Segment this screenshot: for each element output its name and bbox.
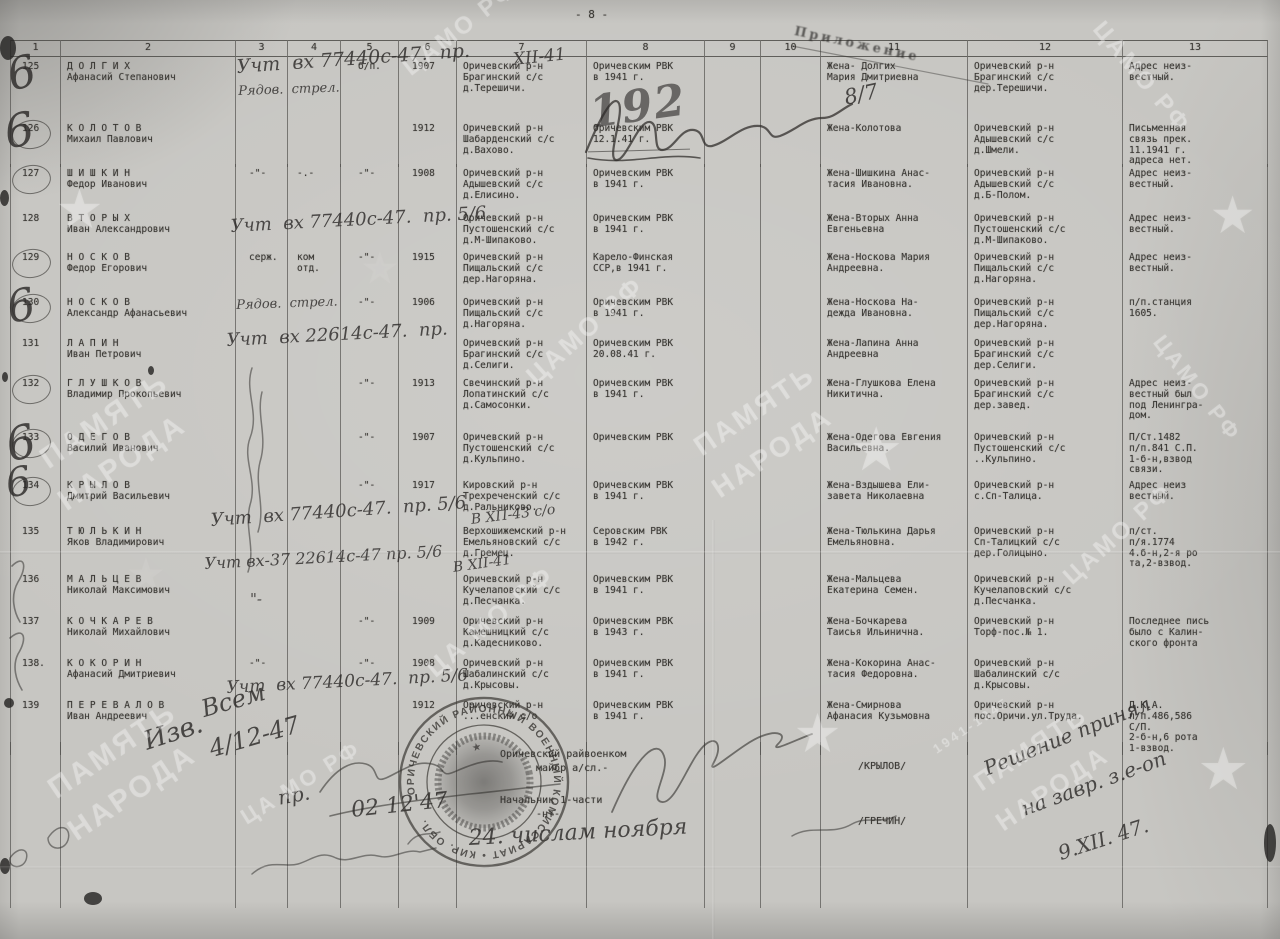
table-cell	[704, 209, 760, 248]
watermark: ★	[362, 246, 401, 292]
typed-note: /КРЫЛОВ/	[858, 761, 906, 772]
table-cell: Оричевским РВК	[586, 428, 704, 476]
table-cell: Оричевский р-н Брагинский с/с дер.Тереши…	[967, 57, 1122, 119]
table-cell: 1912	[398, 119, 456, 167]
typed-note: - 8 -	[575, 8, 608, 21]
table-cell	[340, 119, 398, 167]
table-cell: Письменная связь прек. 11.1941 г. адреса…	[1122, 119, 1268, 167]
fold-crease	[0, 866, 1280, 869]
watermark: ★	[1200, 740, 1250, 800]
table-cell: Оричевским РВК в 1941 г.	[586, 209, 704, 248]
scanned-document-page: 12345678910111213125Д О Л Г И Х Афанасий…	[0, 0, 1280, 939]
table-cell: Оричевский р-н Пищальский с/с дер.Нагоря…	[967, 293, 1122, 334]
paper-defect	[1264, 824, 1276, 862]
row-number: 136	[10, 570, 60, 612]
table-cell: Оричевским РВК в 1941 г.	[586, 570, 704, 612]
column-number: 9	[704, 40, 760, 57]
table-cell: Свечинский р-н Лопатинский с/с д.Самосон…	[456, 374, 586, 428]
table-cell	[235, 428, 287, 476]
table-cell	[704, 334, 760, 374]
table-cell: Жена-Мальцева Екатерина Семен.	[820, 570, 967, 612]
table-cell	[760, 248, 820, 293]
table-cell	[287, 428, 340, 476]
paper-defect	[4, 698, 14, 708]
table-cell: Д О Л Г И Х Афанасий Степанович	[60, 57, 235, 119]
table-cell: Оричевский р-н Пустошенский с/с д.Кульпи…	[456, 428, 586, 476]
watermark: ★	[128, 552, 167, 598]
row-number: 131	[10, 334, 60, 374]
column-number: 2	[60, 40, 235, 57]
table-cell	[760, 476, 820, 522]
table-cell: Оричевский р-н Пищальский с/с д.Нагоряна…	[967, 248, 1122, 293]
table-cell: Жена-Носкова Мария Андреевна.	[820, 248, 967, 293]
watermark: ★	[796, 706, 842, 762]
table-cell: Жена-Лапина Анна Андреевна	[820, 334, 967, 374]
table-cell: Адрес неиз- вестный.	[1122, 248, 1268, 293]
row-number: 137	[10, 612, 60, 654]
table-cell	[235, 374, 287, 428]
table-row: 137К О Ч К А Р Е В Николай Михайлович-"-…	[10, 612, 1268, 654]
table-cell	[760, 164, 820, 209]
table-cell: Оричевский р-н Торф-пос.№ 1.	[967, 612, 1122, 654]
watermark: ★	[58, 182, 104, 238]
column-number: 8	[586, 40, 704, 57]
table-cell: ком отд.	[287, 248, 340, 293]
table-cell: Оричевский р-н Брагинский с/с дер.завед.	[967, 374, 1122, 428]
table-cell: Оричевский р-н с.Сп-Талица.	[967, 476, 1122, 522]
row-number: 135	[10, 522, 60, 570]
table-cell: -"-	[235, 164, 287, 209]
paper-defect	[0, 36, 16, 60]
table-cell	[760, 570, 820, 612]
table-cell: 1908	[398, 164, 456, 209]
table-cell: Жена-Тюлькина Дарья Емельяновна.	[820, 522, 967, 570]
table-row: 131Л А П И Н Иван ПетровичОричевский р-н…	[10, 334, 1268, 374]
table-row: 138.К О К О Р И Н Афанасий Дмитриевич-"-…	[10, 654, 1268, 696]
table-cell	[287, 612, 340, 654]
round-stamp: ★ ОРИЧЕВСКИЙ РАЙОННЫЙ ВОЕННЫЙ КОМИССАРИА…	[370, 668, 598, 896]
table-cell: 1915	[398, 248, 456, 293]
table-cell	[760, 57, 820, 119]
table-cell	[287, 374, 340, 428]
table-cell: Оричевский р-н Шабалинский с/с д.Крысовы…	[967, 654, 1122, 696]
typed-note: /ГРЕЧИН/	[858, 816, 906, 827]
table-cell	[704, 57, 760, 119]
table-cell: Жена-Носкова На- дежда Ивановна.	[820, 293, 967, 334]
table-cell: Жена-Вторых Анна Евгеньевна	[820, 209, 967, 248]
table-cell: Оричевским РВК в 1941 г.	[586, 164, 704, 209]
table-cell: Оричевским РВК в 1941 г.	[586, 374, 704, 428]
table-cell: -"-	[340, 612, 398, 654]
table-row: 132Г Л У Ш К О В Владимир Прокопьевич-"-…	[10, 374, 1268, 428]
table-cell: -.-	[287, 164, 340, 209]
row-number: 127	[10, 164, 60, 209]
table-cell: Оричевский р-н Брагинский с/с дер.Селиги…	[967, 334, 1122, 374]
table-cell: Оричевский р-н Пищальский с/с дер.Нагоря…	[456, 248, 586, 293]
table-cell: -"-	[340, 374, 398, 428]
table-cell	[760, 522, 820, 570]
paper-defect	[2, 372, 8, 382]
watermark: ★	[852, 418, 903, 481]
table-cell: Н О С К О В Александр Афанасьевич	[60, 293, 235, 334]
stamp-emblem	[429, 727, 538, 836]
table-cell-empty	[235, 742, 287, 908]
table-cell: п/п.станция 1605.	[1122, 293, 1268, 334]
handwritten-note: "-	[250, 590, 262, 608]
table-cell: Оричевским РВК в 1943 г.	[586, 612, 704, 654]
table-cell	[760, 209, 820, 248]
table-cell: К О Л О Т О В Михаил Павлович	[60, 119, 235, 167]
table-cell	[287, 119, 340, 167]
table-cell	[235, 612, 287, 654]
table-cell: Оричевский р-н Пустошенский с/с д.М-Шипа…	[967, 209, 1122, 248]
column-number: 13	[1122, 40, 1268, 57]
table-row: 127Ш И Ш К И Н Федор Иванович-"--.--"-19…	[10, 164, 1268, 209]
table-cell	[340, 570, 398, 612]
table-cell: К О К О Р И Н Афанасий Дмитриевич	[60, 654, 235, 696]
table-row: 128В Т О Р Ы Х Иван АлександровичОричевс…	[10, 209, 1268, 248]
table-cell: Оричевский р-н Адышевский с/с д.Б-Полом.	[967, 164, 1122, 209]
table-cell	[1122, 654, 1268, 696]
row-number: 138.	[10, 654, 60, 696]
table-cell	[287, 570, 340, 612]
table-cell	[1122, 570, 1268, 612]
table-cell: -"-	[340, 428, 398, 476]
table-cell: Оричевский р-н Кучелаповский с/с д.Песча…	[967, 570, 1122, 612]
table-cell: Жена-Бочкарева Таисья Ильинична.	[820, 612, 967, 654]
table-cell	[760, 612, 820, 654]
table-cell: Последнее пись было с Калин- ского фронт…	[1122, 612, 1268, 654]
fold-crease	[712, 520, 715, 939]
table-cell	[704, 119, 760, 167]
table-cell: Жена-Вздышева Ели- завета Николаевна	[820, 476, 967, 522]
table-cell	[760, 293, 820, 334]
table-row: 134К Р Ы Л О В Дмитрий Васильевич-"-1917…	[10, 476, 1268, 522]
paper-defect	[0, 190, 9, 206]
table-cell: К О Ч К А Р Е В Николай Михайлович	[60, 612, 235, 654]
table-cell: Оричевский р-н Пустошенский с/с ..Кульпи…	[967, 428, 1122, 476]
table-cell	[704, 293, 760, 334]
table-cell	[704, 164, 760, 209]
table-cell: 1907	[398, 428, 456, 476]
table-cell: Оричевским РВК в 1941 г.	[586, 654, 704, 696]
table-cell: Н О С К О В Федор Егорович	[60, 248, 235, 293]
table-cell	[235, 119, 287, 167]
table-cell: Серовским РВК в 1942 г.	[586, 522, 704, 570]
table-header-row: 12345678910111213	[10, 40, 1268, 57]
table-cell-empty	[10, 742, 60, 908]
table-cell	[760, 119, 820, 167]
table-cell: Оричевским РВК в 1941 г.	[586, 476, 704, 522]
watermark: ★	[1212, 188, 1256, 242]
table-cell	[398, 570, 456, 612]
table-cell: Оричевский р-н Шабарденский с/с д.Вахово…	[456, 119, 586, 167]
table-cell: Жена-Шишкина Анас- тасия Ивановна.	[820, 164, 967, 209]
table-cell: Оричевским РВК 20.08.41 г.	[586, 334, 704, 374]
row-number: 128	[10, 209, 60, 248]
table-cell-empty	[760, 742, 820, 908]
table-row: 133О Д Е Г О В Василий Иванович-"-1907Ор…	[10, 428, 1268, 476]
table-cell	[760, 654, 820, 696]
table-cell	[704, 248, 760, 293]
table-cell: 1913	[398, 374, 456, 428]
table-cell: Оричевский р-н Адышевский с/с д.Шмели.	[967, 119, 1122, 167]
table-cell: Жена-Колотова	[820, 119, 967, 167]
table-cell: серж.	[235, 248, 287, 293]
table-cell: Жена-Кокорина Анас- тасия Федоровна.	[820, 654, 967, 696]
paper-defect	[84, 892, 102, 905]
table-cell: П/Ст.1482 п/п.841 С.П. 1-б-н,взвод связи…	[1122, 428, 1268, 476]
table-cell: -"-	[340, 164, 398, 209]
